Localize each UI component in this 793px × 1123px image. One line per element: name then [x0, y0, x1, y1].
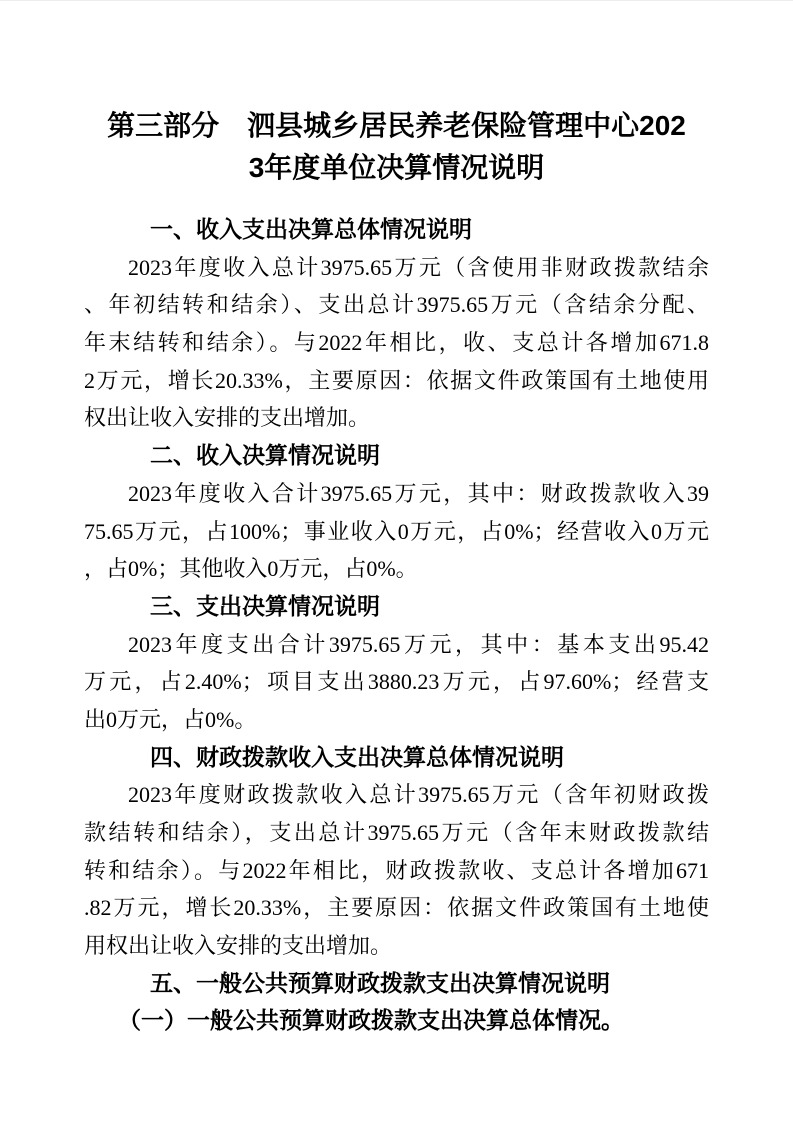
paragraph-line: 75.65万元，占100%；事业收入0万元，占0%；经营收入0万元: [84, 513, 709, 551]
document-body: 一、收入支出决算总体情况说明 2023年度收入总计3975.65万元（含使用非财…: [84, 211, 709, 1040]
section-2-heading: 二、收入决算情况说明: [84, 437, 709, 475]
section-4-heading: 四、财政拨款收入支出决算总体情况说明: [84, 739, 709, 777]
paragraph-line: 2023年度财政拨款收入总计3975.65万元（含年初财政拨: [84, 776, 709, 814]
paragraph-line: ，占0%；其他收入0万元，占0%。: [84, 550, 709, 588]
section-1-heading: 一、收入支出决算总体情况说明: [84, 211, 709, 249]
paragraph-line: 用权出让收入安排的支出增加。: [84, 927, 709, 965]
section-5-subheading: （一）一般公共预算财政拨款支出决算总体情况。: [84, 1002, 709, 1040]
document-title: 第三部分 泗县城乡居民养老保险管理中心202 3年度单位决算情况说明: [84, 105, 709, 189]
document-page: 第三部分 泗县城乡居民养老保险管理中心202 3年度单位决算情况说明 一、收入支…: [0, 0, 793, 1123]
paragraph-line: 权出让收入安排的支出增加。: [84, 399, 709, 437]
section-3-heading: 三、支出决算情况说明: [84, 588, 709, 626]
document-title-line-2: 3年度单位决算情况说明: [84, 147, 709, 189]
document-content: 第三部分 泗县城乡居民养老保险管理中心202 3年度单位决算情况说明 一、收入支…: [84, 1, 709, 1040]
paragraph-line: 万元，占2.40%；项目支出3880.23万元，占97.60%；经营支: [84, 663, 709, 701]
paragraph-line: 2万元，增长20.33%，主要原因：依据文件政策国有土地使用: [84, 362, 709, 400]
paragraph-line: 出0万元，占0%。: [84, 701, 709, 739]
paragraph-line: 款结转和结余），支出总计3975.65万元（含年末财政拨款结: [84, 814, 709, 852]
paragraph-line: 年末结转和结余）。与2022年相比，收、支总计各增加671.8: [84, 324, 709, 362]
paragraph-line: 2023年度收入总计3975.65万元（含使用非财政拨款结余: [84, 249, 709, 287]
document-title-line-1: 第三部分 泗县城乡居民养老保险管理中心202: [84, 105, 709, 147]
paragraph-line: .82万元，增长20.33%，主要原因：依据文件政策国有土地使: [84, 889, 709, 927]
paragraph-line: 转和结余）。与2022年相比，财政拨款收、支总计各增加671: [84, 852, 709, 890]
paragraph-line: 2023年度收入合计3975.65万元，其中：财政拨款收入39: [84, 475, 709, 513]
paragraph-line: 、年初结转和结余）、支出总计3975.65万元（含结余分配、: [84, 286, 709, 324]
paragraph-line: 2023年度支出合计3975.65万元，其中：基本支出95.42: [84, 626, 709, 664]
section-5-heading: 五、一般公共预算财政拨款支出决算情况说明: [84, 965, 709, 1003]
